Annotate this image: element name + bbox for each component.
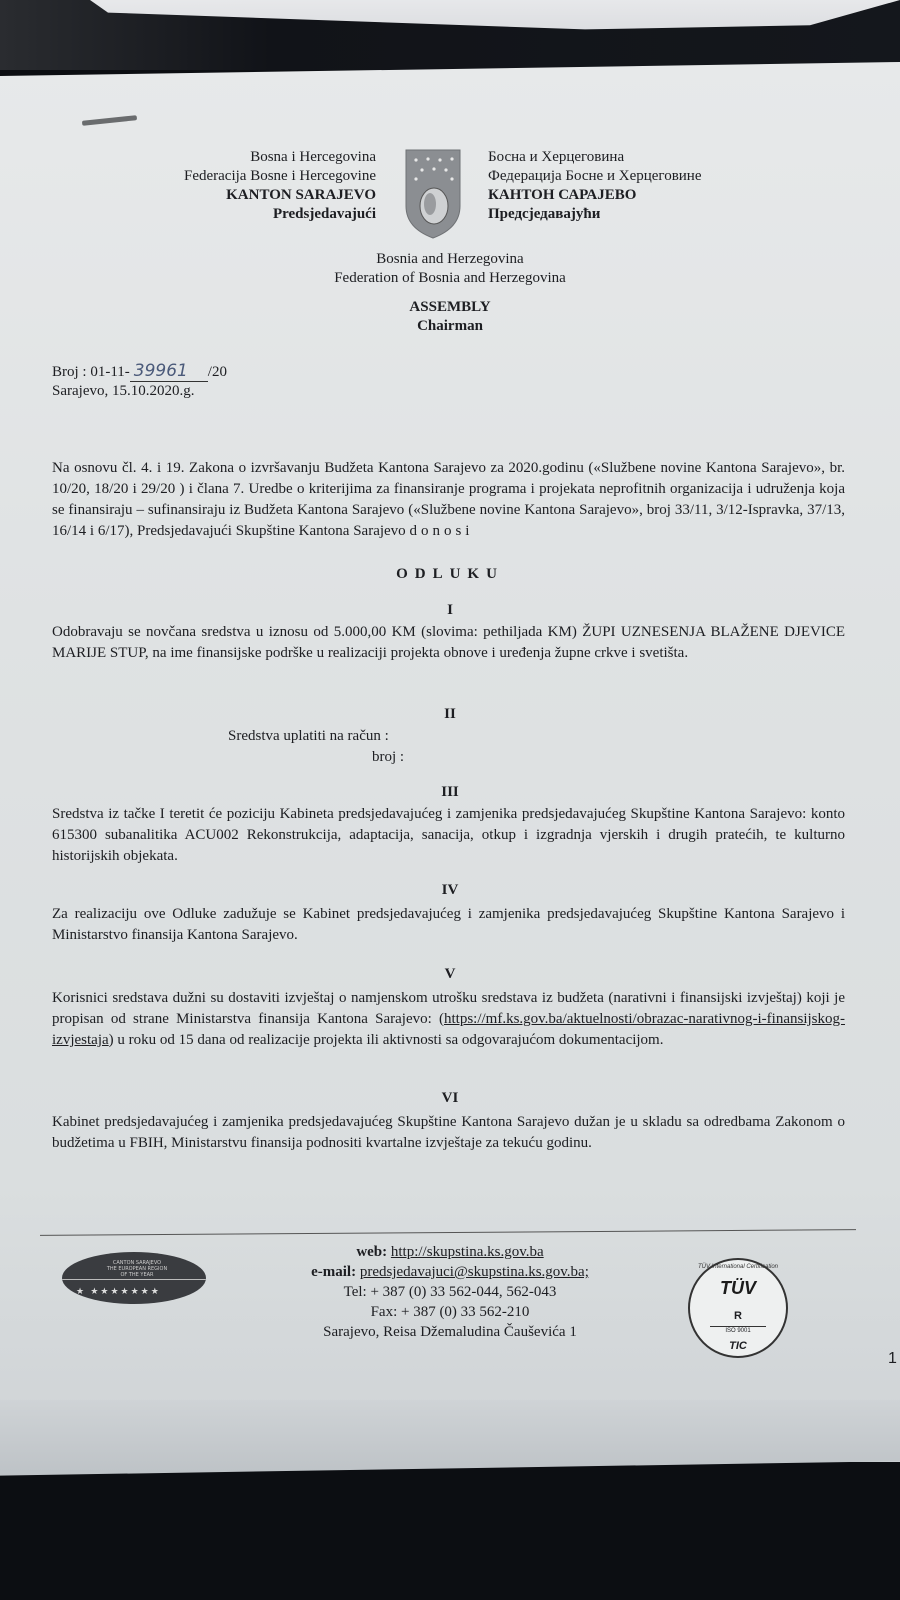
tuv-certification-badge-icon: TÜV International Certification TÜV R IS… bbox=[688, 1258, 788, 1358]
federation-english: Federation of Bosnia and Herzegovina bbox=[0, 269, 900, 288]
reference-block: Broj : 01-11-39961/20 Sarajevo, 15.10.20… bbox=[52, 362, 227, 401]
section-iv-text: Za realizaciju ove Odluke zadužuje se Ka… bbox=[52, 904, 845, 946]
decision-title: ODLUKU bbox=[0, 566, 900, 583]
country-english: Bosnia and Herzegovina bbox=[0, 250, 900, 269]
account-number-label: broj : bbox=[228, 747, 404, 768]
letterhead-english: Bosnia and Herzegovina Federation of Bos… bbox=[0, 250, 900, 288]
section-i-text: Odobravaju se novčana sredstva u iznosu … bbox=[52, 622, 845, 664]
handwritten-number: 39961 bbox=[130, 362, 208, 382]
federation-latin: Federacija Bosne i Hercegovine bbox=[184, 167, 376, 186]
section-iv-number: IV bbox=[0, 882, 900, 899]
canton-cyrillic: КАНТОН САРАЈЕВО bbox=[488, 186, 702, 205]
letterhead-latin: Bosna i Hercegovina Federacija Bosne i H… bbox=[184, 148, 376, 224]
section-ii-number: II bbox=[0, 706, 900, 723]
section-vi-text: Kabinet predsjedavajućeg i zamjenika pre… bbox=[52, 1112, 845, 1154]
footer-web: web: http://skupstina.ks.gov.ba bbox=[0, 1242, 900, 1262]
assembly-label: ASSEMBLY bbox=[0, 298, 900, 317]
section-vi-number: VI bbox=[0, 1090, 900, 1107]
section-v-number: V bbox=[0, 966, 900, 983]
preamble-verb: donosi bbox=[409, 523, 473, 539]
page-bottom-edge bbox=[0, 1400, 900, 1490]
email-link[interactable]: predsjedavajuci@skupstina.ks.gov.ba; bbox=[360, 1264, 589, 1280]
country-latin: Bosna i Hercegovina bbox=[184, 148, 376, 167]
web-link[interactable]: http://skupstina.ks.gov.ba bbox=[391, 1244, 544, 1260]
page-number: 1 bbox=[888, 1350, 897, 1368]
section-iii-text: Sredstva iz tačke I teretit će poziciju … bbox=[52, 804, 845, 867]
place-date: Sarajevo, 15.10.2020.g. bbox=[52, 382, 227, 401]
role-cyrillic: Предсједавајући bbox=[488, 205, 702, 224]
coat-of-arms-icon bbox=[404, 148, 462, 240]
section-ii-text: Sredstva uplatiti na račun : broj : bbox=[228, 726, 404, 768]
section-i-number: I bbox=[0, 602, 900, 619]
chairman-label: Chairman bbox=[0, 317, 900, 336]
preamble: Na osnovu čl. 4. i 19. Zakona o izvršava… bbox=[52, 458, 845, 542]
country-cyrillic: Босна и Херцеговина bbox=[488, 148, 702, 167]
canton-latin: KANTON SARAJEVO bbox=[184, 186, 376, 205]
section-v-text: Korisnici sredstava dužni su dostaviti i… bbox=[52, 988, 845, 1051]
section-iii-number: III bbox=[0, 784, 900, 801]
letterhead-cyrillic: Босна и Херцеговина Федерација Босне и Х… bbox=[488, 148, 702, 224]
letterhead-assembly: ASSEMBLY Chairman bbox=[0, 298, 900, 336]
account-label: Sredstva uplatiti na račun : bbox=[228, 726, 404, 747]
federation-cyrillic: Федерација Босне и Херцеговине bbox=[488, 167, 702, 186]
role-latin: Predsjedavajući bbox=[184, 205, 376, 224]
reference-number: Broj : 01-11-39961/20 bbox=[52, 362, 227, 382]
